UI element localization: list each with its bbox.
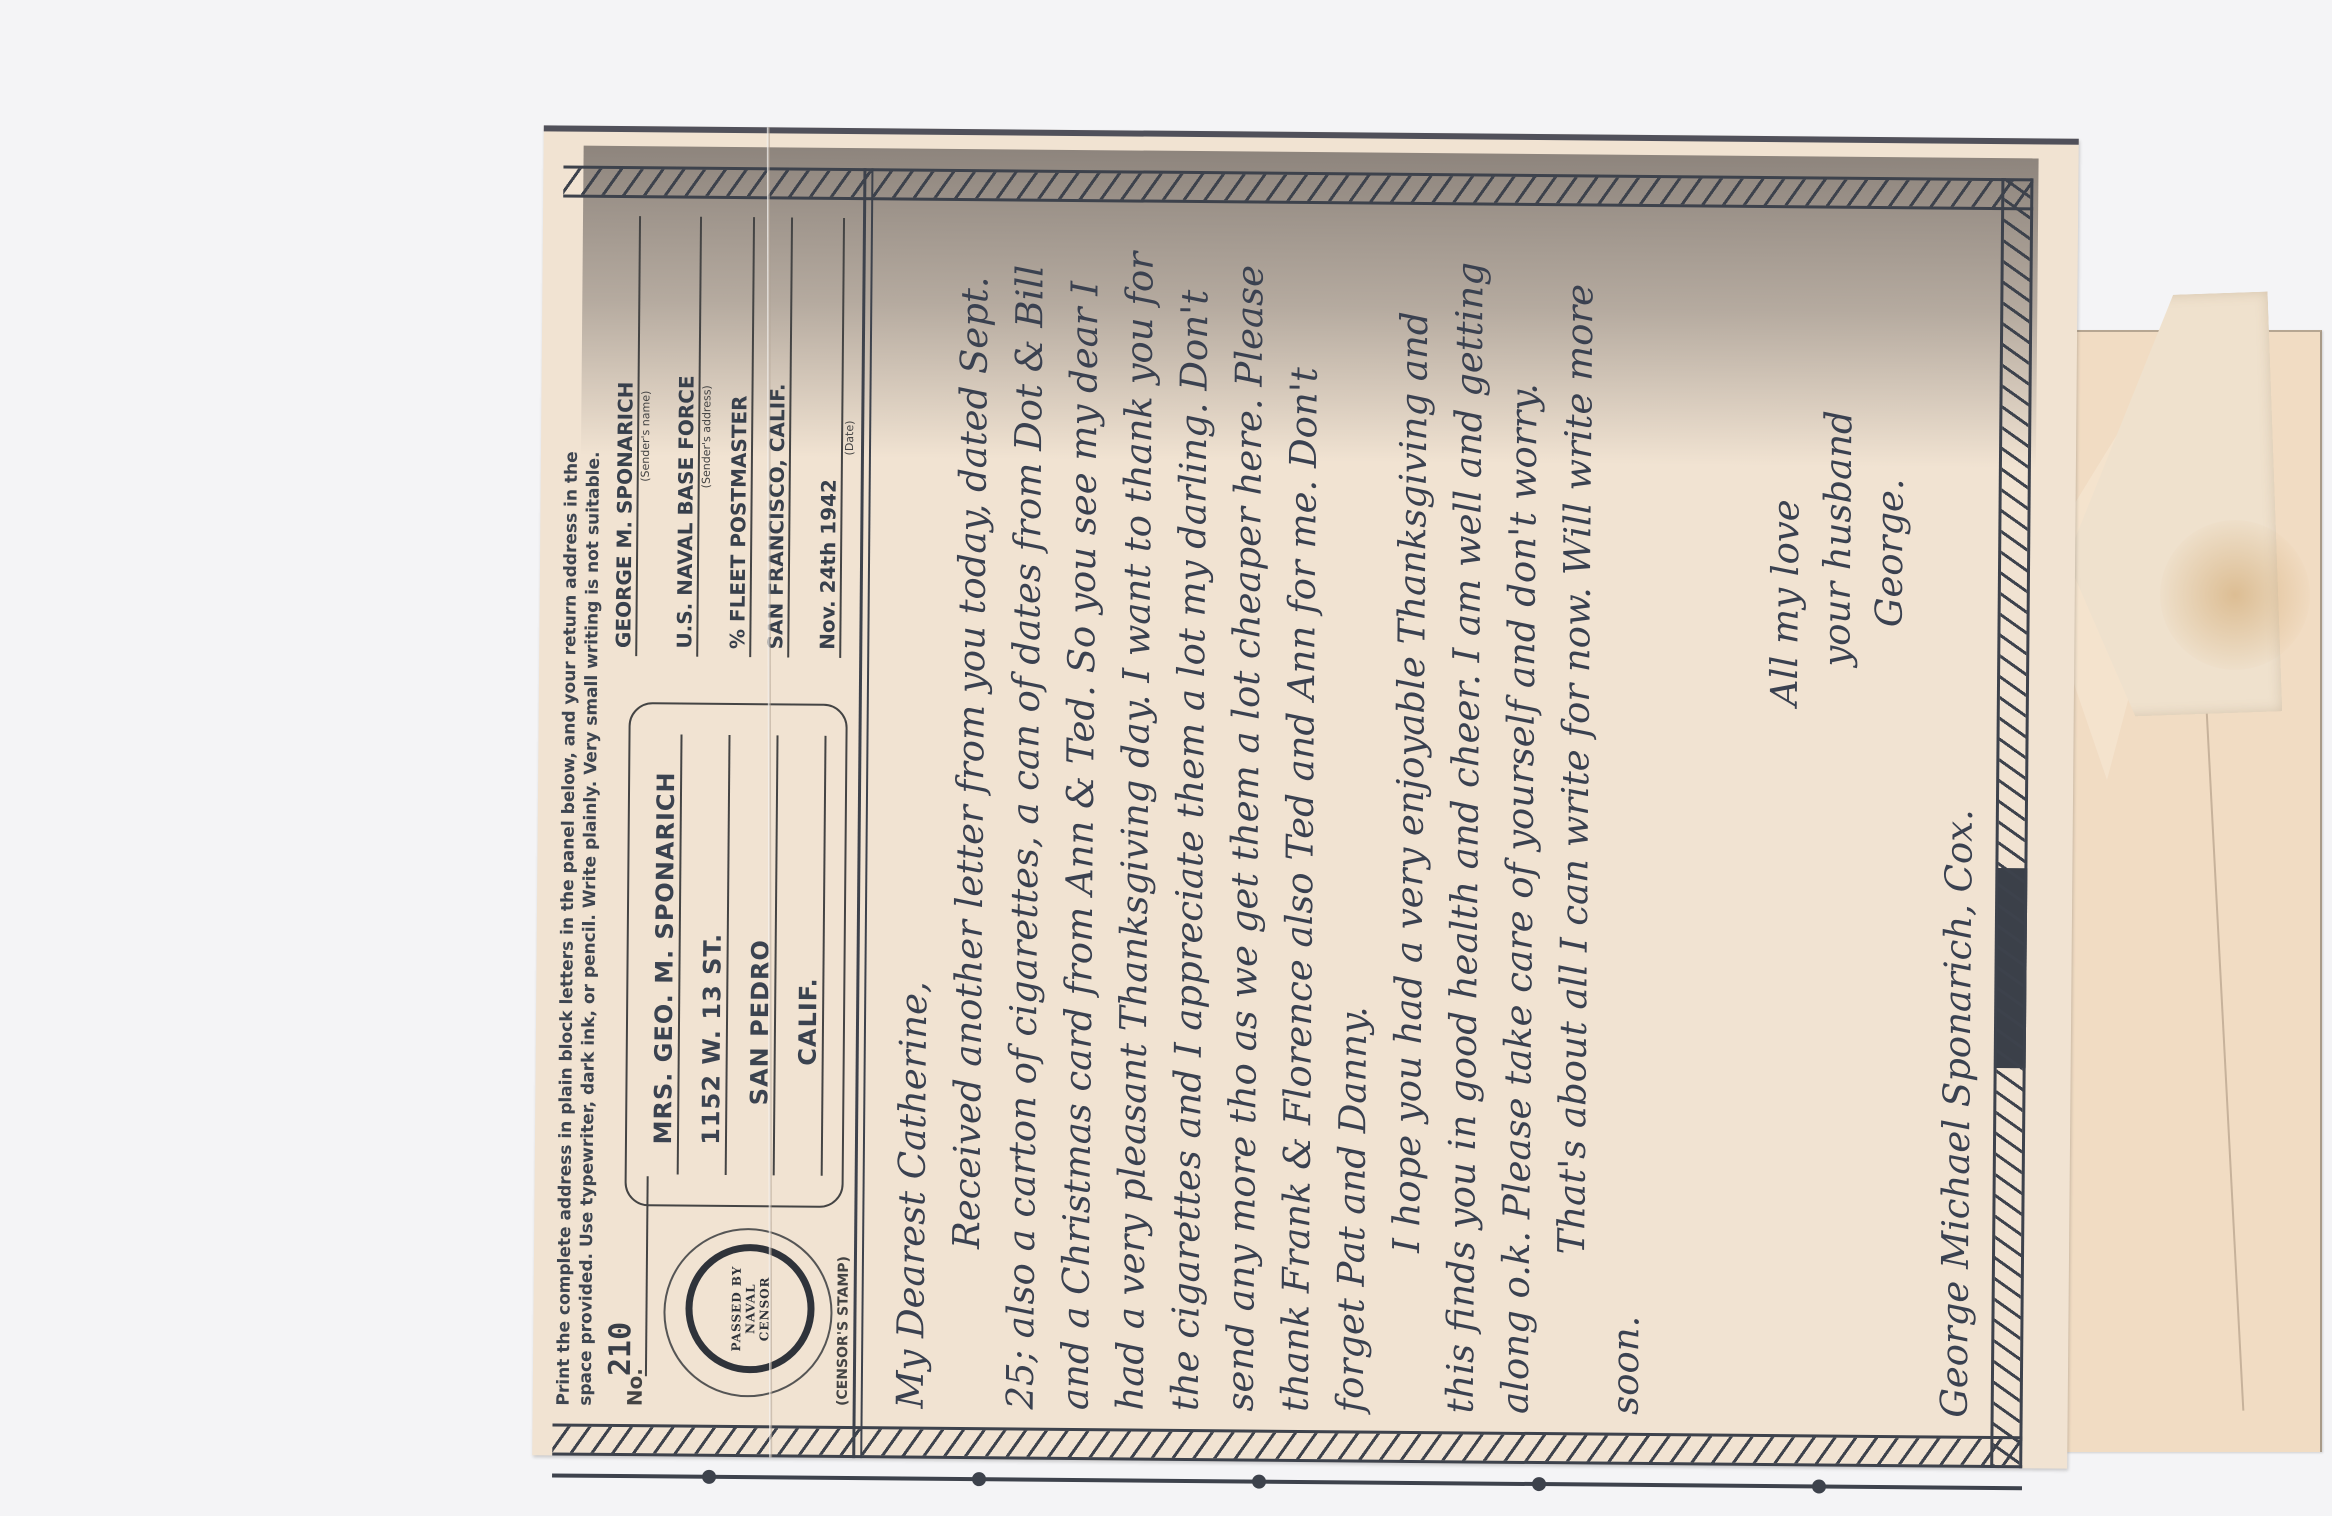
letter-paragraph: Received another letter from you today, … xyxy=(938,239,1388,1413)
letter-body: My Dearest Catherine, Received another l… xyxy=(883,238,1663,1415)
recipient-street: 1152 W. 13 ST. xyxy=(681,735,731,1175)
form-header: Print the complete address in plain bloc… xyxy=(553,205,864,1418)
closing: All my love your husband George. xyxy=(1759,286,1919,707)
censor-stamp-seal: PASSED BY NAVAL CENSOR xyxy=(685,1244,815,1374)
recipient-address-panel: MRS. GEO. M. SPONARICH 1152 W. 13 ST. SA… xyxy=(624,702,847,1208)
date-caption: (Date) xyxy=(841,218,858,658)
form-edge-bar xyxy=(552,1473,2022,1490)
serial-number: 210 xyxy=(603,1322,638,1376)
recipient-name: MRS. GEO. M. SPONARICH xyxy=(633,734,683,1174)
registration-dot xyxy=(972,1472,986,1486)
closing-line: your husband xyxy=(1811,286,1867,706)
registration-dot xyxy=(1812,1479,1826,1493)
hatched-border-left xyxy=(552,1423,2022,1468)
vmail-letter: Print the complete address in plain bloc… xyxy=(532,125,2079,1468)
envelope-stain xyxy=(2160,520,2310,670)
sender-block: GEORGE M. SPONARICH (Sender's name) U.S.… xyxy=(599,216,868,658)
vmail-form: Print the complete address in plain bloc… xyxy=(552,166,2033,1469)
registration-dot xyxy=(1532,1477,1546,1491)
sender-address-caption: (Sender's address) xyxy=(698,217,715,657)
sender-address-line: SAN FRANCISCO, CALIF. xyxy=(751,217,793,657)
salutation: My Dearest Catherine, xyxy=(883,238,948,1408)
censor-stamp: PASSED BY NAVAL CENSOR xyxy=(663,1227,833,1397)
form-instructions: Print the complete address in plain bloc… xyxy=(553,405,606,1405)
hatched-border-bottom xyxy=(1990,178,2033,1468)
signature: George Michael Sponarich, Cox. xyxy=(1933,809,1981,1418)
closing-line: George. xyxy=(1863,287,1919,707)
censor-stamp-caption: (CENSOR'S STAMP) xyxy=(835,1256,852,1406)
registration-dot xyxy=(1252,1475,1266,1489)
letter-paragraph: That's about all I can write for now. Wi… xyxy=(1543,244,1663,1415)
recipient-state: CALIF. xyxy=(777,735,827,1175)
sheet-edge-rule xyxy=(544,125,2079,144)
sender-address-line: U.S. NAVAL BASE FORCE xyxy=(660,216,702,656)
registration-dot xyxy=(702,1470,716,1484)
letter-paragraph: I hope you had a very enjoyable Thanksgi… xyxy=(1378,243,1553,1414)
sender-address-line: % FLEET POSTMASTER xyxy=(713,217,755,657)
closing-line: All my love xyxy=(1759,286,1815,706)
sender-name: GEORGE M. SPONARICH xyxy=(599,216,641,656)
sender-name-caption: (Sender's name) xyxy=(637,216,654,656)
letter-date: Nov. 24th 1942 xyxy=(803,218,845,658)
